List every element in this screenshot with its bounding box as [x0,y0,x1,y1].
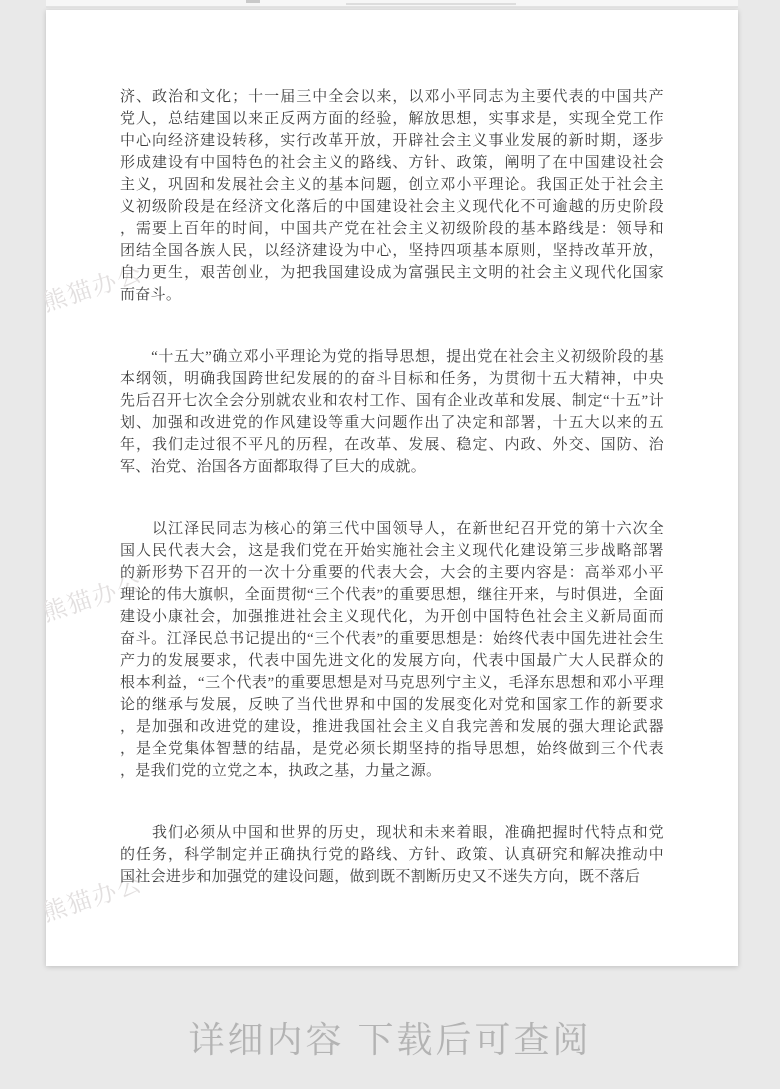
text-line: 国社会进步和加强党的建设问题，做到既不割断历史又不迷失方向，既不落后 [120,866,664,888]
text-line: 论的继承与发展，反映了当代世界和中国的发展变化对党和国家工作的新要求 [120,694,664,716]
text-line: ，是全党集体智慧的结晶，是党必须长期坚持的指导思想，始终做到三个代表 [120,738,664,760]
text-line: 本纲领，明确我国跨世纪发展的的奋斗目标和任务，为贯彻十五大精神，中央 [120,368,664,390]
paragraph: 济、政治和文化；十一届三中全会以来，以邓小平同志为主要代表的中国共产党人，总结建… [120,86,664,306]
text-line: 义初级阶段是在经济文化落后的中国建设社会主义现代化不可逾越的历史阶段 [120,196,664,218]
text-line: 主义，巩固和发展社会主义的基本问题，创立邓小平理论。我国正处于社会主 [120,174,664,196]
text-line: 理论的伟大旗帜，全面贯彻“三个代表”的重要思想，继往开来，与时俱进，全面 [120,584,664,606]
paragraph: 我们必须从中国和世界的历史，现状和未来着眼，准确把握时代特点和党的任务，科学制定… [120,822,664,888]
text-line: 形成建设有中国特色的社会主义的路线、方针、政策，阐明了在中国建设社会 [120,152,664,174]
paragraph: 以江泽民同志为核心的第三代中国领导人，在新世纪召开党的第十六次全国人民代表大会，… [120,518,664,782]
text-line: 奋斗。江泽民总书记提出的“三个代表”的重要思想是：始终代表中国先进社会生 [120,628,664,650]
text-line: 中心向经济建设转移，实行改革开放，开辟社会主义事业发展的新时期，逐步 [120,130,664,152]
document-body: 济、政治和文化；十一届三中全会以来，以邓小平同志为主要代表的中国共产党人，总结建… [120,86,664,888]
text-line: 划、加强和改进党的作风建设等重大问题作出了决定和部署，十五大以来的五 [120,412,664,434]
text-line: ，是我们党的立党之本，执政之基，力量之源。 [120,760,664,782]
text-line: 济、政治和文化；十一届三中全会以来，以邓小平同志为主要代表的中国共产 [120,86,664,108]
paragraph: “十五大”确立邓小平理论为党的指导思想，提出党在社会主义初级阶段的基本纲领，明确… [120,346,664,478]
text-line: 的任务，科学制定并正确执行党的路线、方针、政策、认真研究和解决推动中 [120,844,664,866]
text-line: 军、治党、治国各方面都取得了巨大的成就。 [120,456,664,478]
text-line: 建设小康社会，加强推进社会主义现代化，为开创中国特色社会主义新局面而 [120,606,664,628]
text-line: ，是加强和改进党的建设，推进我国社会主义自我完善和发展的强大理论武器 [120,716,664,738]
text-line: 党人，总结建国以来正反两方面的经验，解放思想，实事求是，实现全党工作 [120,108,664,130]
previous-page-edge [46,0,738,8]
text-line: 先后召开七次全会分别就农业和农村工作、国有企业改革和发展、制定“十五”计 [120,390,664,412]
text-line: 的新形势下召开的一次十分重要的代表大会，大会的主要内容是：高举邓小平 [120,562,664,584]
text-line: 团结全国各族人民，以经济建设为中心，坚持四项基本原则，坚持改革开放， [120,240,664,262]
text-line: 我们必须从中国和世界的历史，现状和未来着眼，准确把握时代特点和党 [120,822,664,844]
document-page: 熊猫办公 熊猫办公 熊猫办公 济、政治和文化；十一届三中全会以来，以邓小平同志为… [46,10,738,966]
text-line: 国人民代表大会，这是我们党在开始实施社会主义现代化建设第三步战略部署 [120,540,664,562]
document-preview: 熊猫办公 熊猫办公 熊猫办公 济、政治和文化；十一届三中全会以来，以邓小平同志为… [0,0,780,1089]
text-line: 而奋斗。 [120,284,664,306]
text-line: ，需要上百年的时间，中国共产党在社会主义初级阶段的基本路线是：领导和 [120,218,664,240]
text-line: “十五大”确立邓小平理论为党的指导思想，提出党在社会主义初级阶段的基 [120,346,664,368]
text-line: 以江泽民同志为核心的第三代中国领导人，在新世纪召开党的第十六次全 [120,518,664,540]
text-line: 根本利益，“三个代表”的重要思想是对马克思列宁主义，毛泽东思想和邓小平理 [120,672,664,694]
text-line: 年，我们走过很不平凡的历程，在改革、发展、稳定、内政、外交、国防、治 [120,434,664,456]
previous-page-remnant-line [346,3,516,5]
download-hint-text: 详细内容 下载后可查阅 [0,1012,780,1068]
text-line: 产力的发展要求，代表中国先进文化的发展方向，代表中国最广大人民群众的 [120,650,664,672]
previous-page-remnant-mark [246,0,260,3]
text-line: 自力更生，艰苦创业，为把我国建设成为富强民主文明的社会主义现代化国家 [120,262,664,284]
